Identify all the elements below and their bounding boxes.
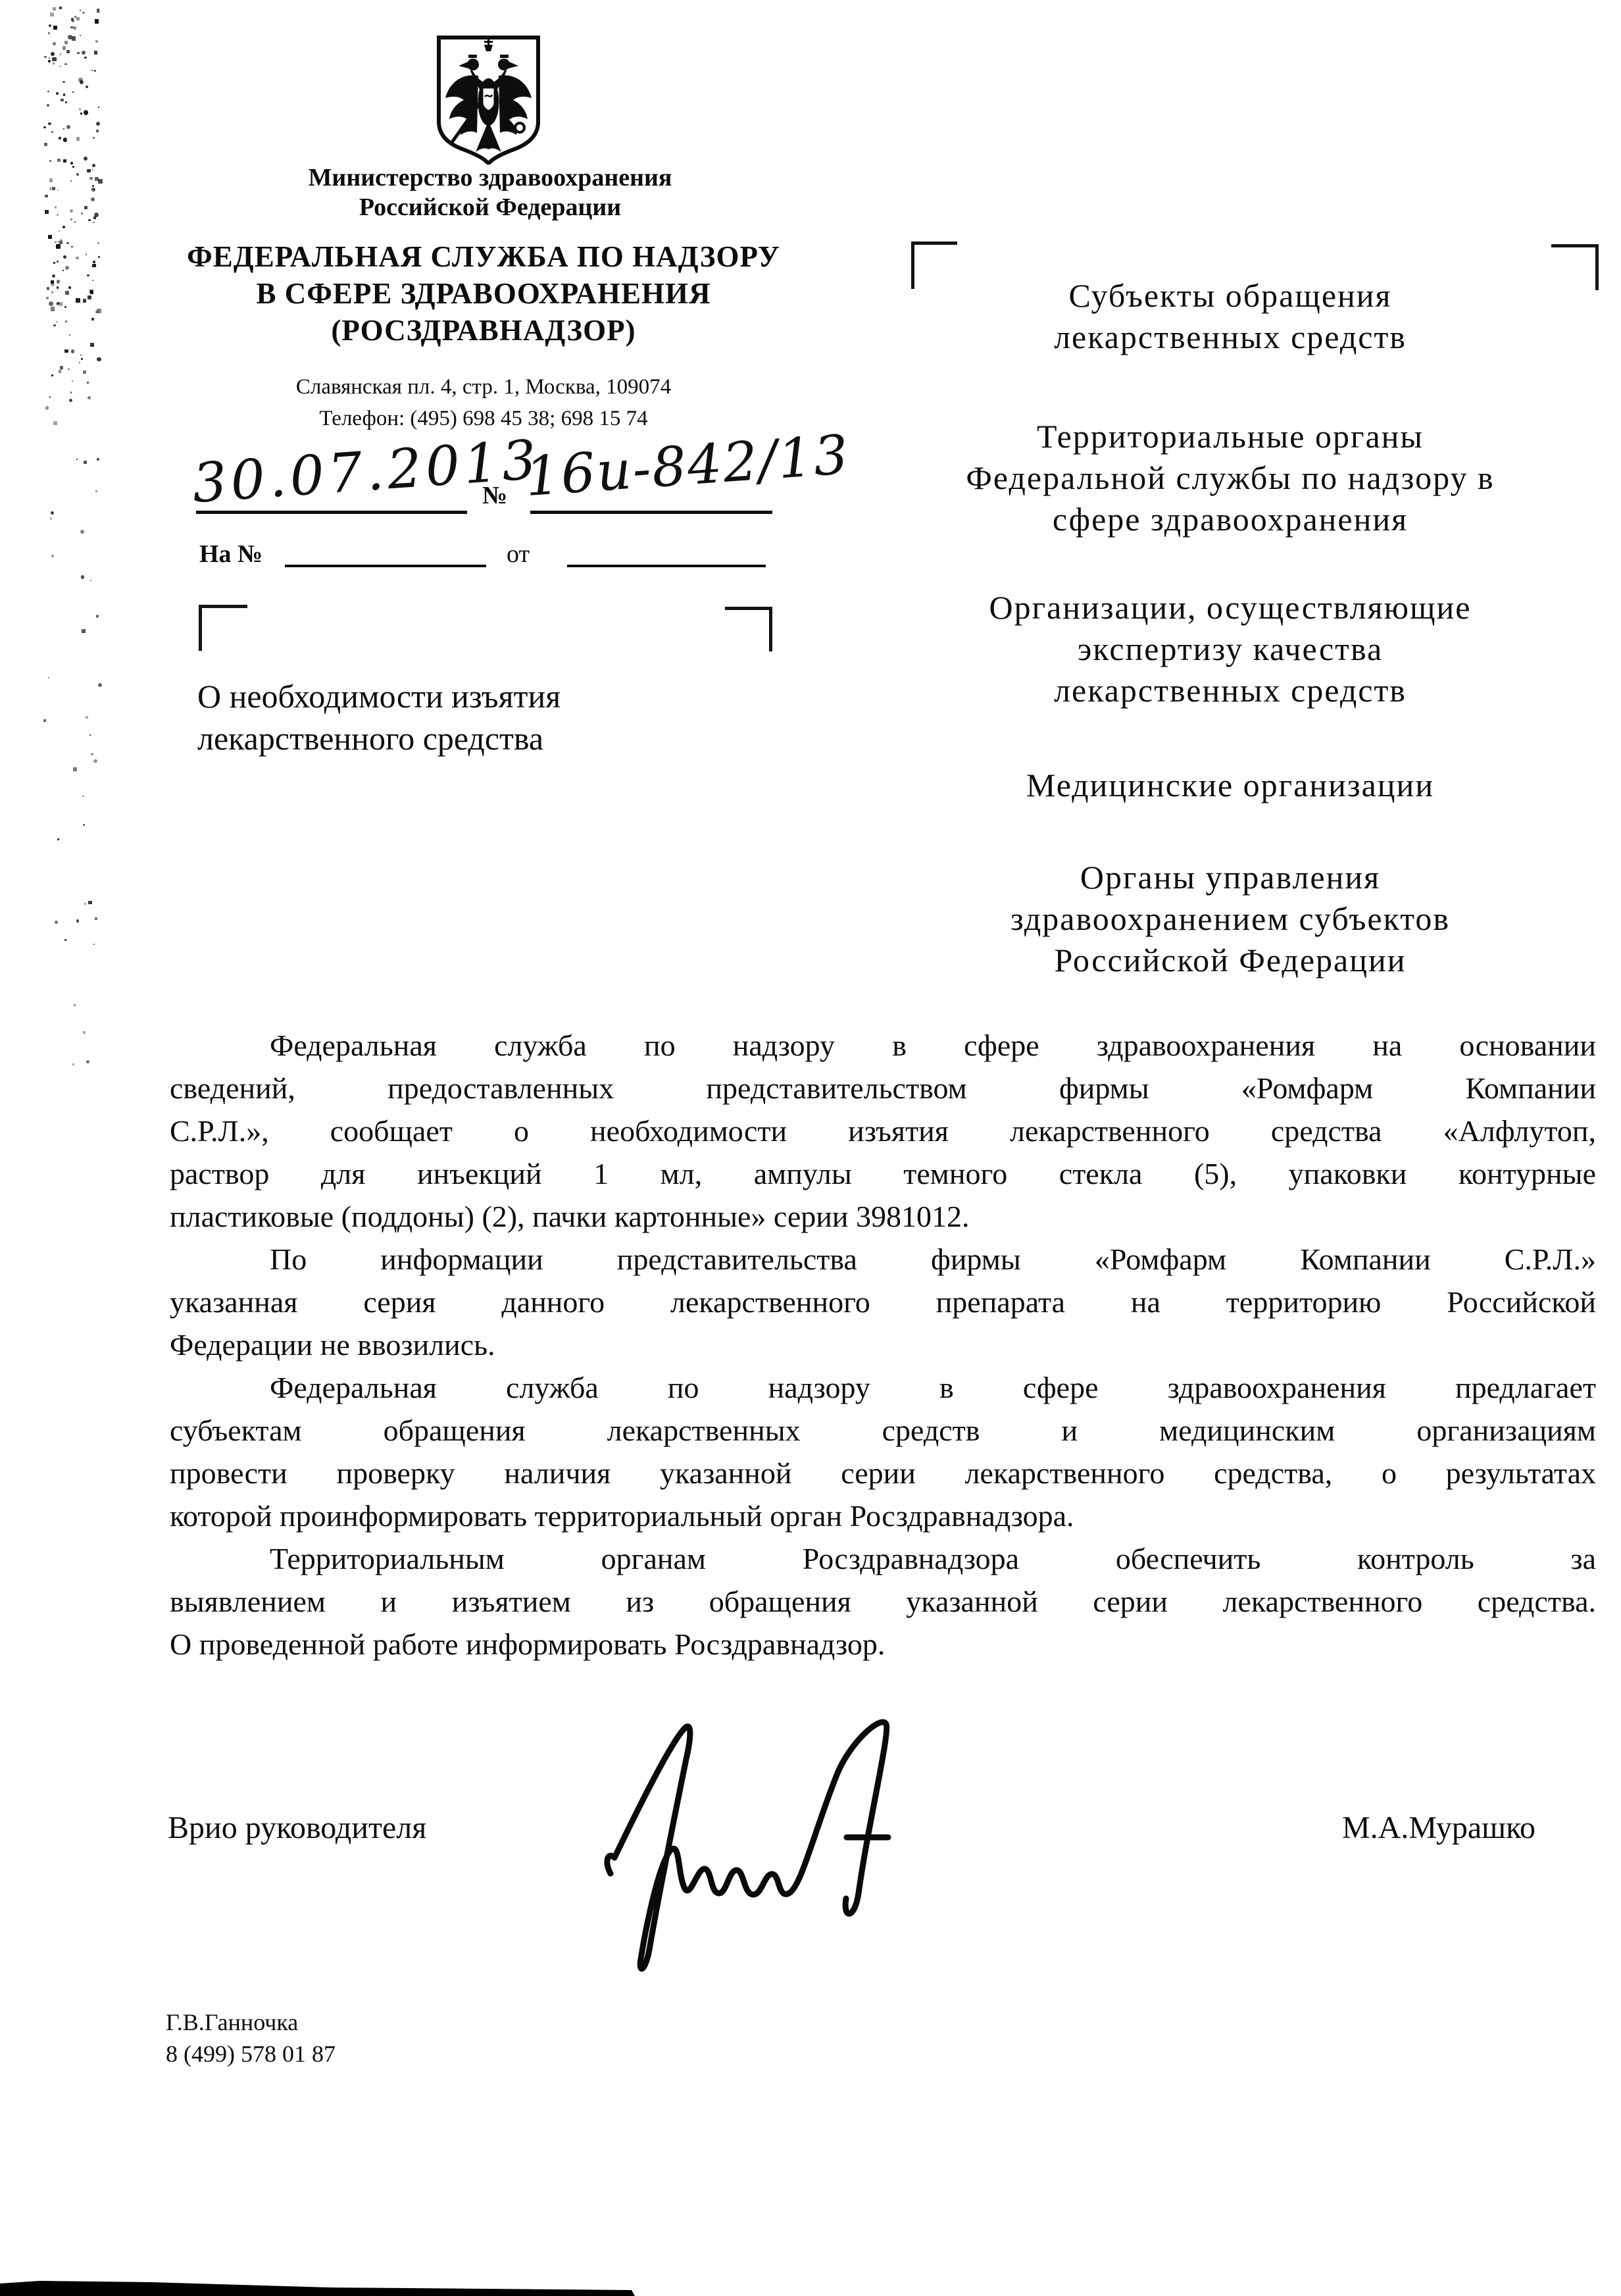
body-line: С.Р.Л.», сообщает о необходимости изъяти… (170, 1110, 1596, 1152)
scan-artifact (0, 2270, 789, 2296)
executor-phone: 8 (499) 578 01 87 (166, 2040, 336, 2068)
subject-corner-mark (199, 605, 202, 651)
reply-to-label: На № (199, 540, 262, 569)
body-line: выявлением и изъятием из обращения указа… (170, 1580, 1596, 1623)
signer-position: Врио руководителя (168, 1810, 426, 1846)
body-line: По информации представительства фирмы «Р… (170, 1238, 1596, 1281)
executor-name: Г.В.Ганночка (166, 2008, 298, 2036)
body-text: Федеральная служба по надзору в сфере зд… (170, 1024, 1596, 1666)
body-line: Федерации не ввозились. (170, 1323, 1596, 1366)
body-line: Федеральная служба по надзору в сфере зд… (170, 1366, 1596, 1409)
number-sign: № (482, 481, 507, 510)
letter-page: Министерство здравоохранения Российской … (0, 0, 1621, 2296)
reply-date-line (567, 565, 766, 567)
body-line: Федеральная служба по надзору в сфере зд… (170, 1024, 1596, 1067)
service-name: ФЕДЕРАЛЬНАЯ СЛУЖБА ПО НАДЗОРУ В СФЕРЕ ЗД… (168, 238, 799, 349)
body-line: субъектам обращения лекарственных средст… (170, 1409, 1596, 1452)
body-line: которой проинформировать территориальный… (170, 1494, 1596, 1537)
body-line: О проведенной работе информировать Росзд… (170, 1623, 1596, 1666)
service-address: Славянская пл. 4, стр. 1, Москва, 109074 (168, 375, 799, 399)
signer-name: М.А.Мурашко (1342, 1810, 1535, 1846)
subject-corner-mark (199, 605, 247, 608)
addressee-corner-mark (1595, 244, 1599, 290)
coat-of-arms-icon (431, 34, 546, 166)
reply-number-line (285, 565, 486, 567)
recipient-block: Территориальные органы Федеральной служб… (875, 416, 1585, 540)
body-line: провести проверку наличия указанной сери… (170, 1452, 1596, 1494)
recipient-block: Медицинские организации (875, 765, 1585, 806)
letter-number-handwritten: 16и-842/13 (523, 424, 851, 509)
addressee-corner-mark (911, 242, 957, 245)
subject-corner-mark (725, 607, 772, 610)
recipient-block: Организации, осуществляющие экспертизу к… (875, 587, 1585, 711)
signature (592, 1701, 901, 1984)
subject-line: О необходимости изъятия лекарственного с… (197, 675, 561, 759)
body-line: сведений, предоставленных представительс… (170, 1067, 1596, 1110)
number-underline (530, 511, 772, 514)
addressee-corner-mark (1551, 244, 1599, 247)
ministry-name: Министерство здравоохранения Российской … (250, 163, 730, 222)
service-phone: Телефон: (495) 698 45 38; 698 15 74 (168, 407, 799, 431)
body-line: пластиковые (поддоны) (2), пачки картонн… (170, 1195, 1596, 1238)
recipient-block: Органы управления здравоохранением субъе… (875, 857, 1585, 981)
subject-corner-mark (769, 607, 772, 651)
body-line: указанная серия данного лекарственного п… (170, 1281, 1596, 1323)
body-line: раствор для инъекций 1 мл, ампулы темног… (170, 1152, 1596, 1195)
date-underline (196, 511, 467, 514)
body-line: Территориальным органам Росздравнадзора … (170, 1537, 1596, 1580)
reply-from-label: от (507, 540, 530, 569)
recipient-block: Субъекты обращения лекарственных средств (875, 275, 1585, 358)
